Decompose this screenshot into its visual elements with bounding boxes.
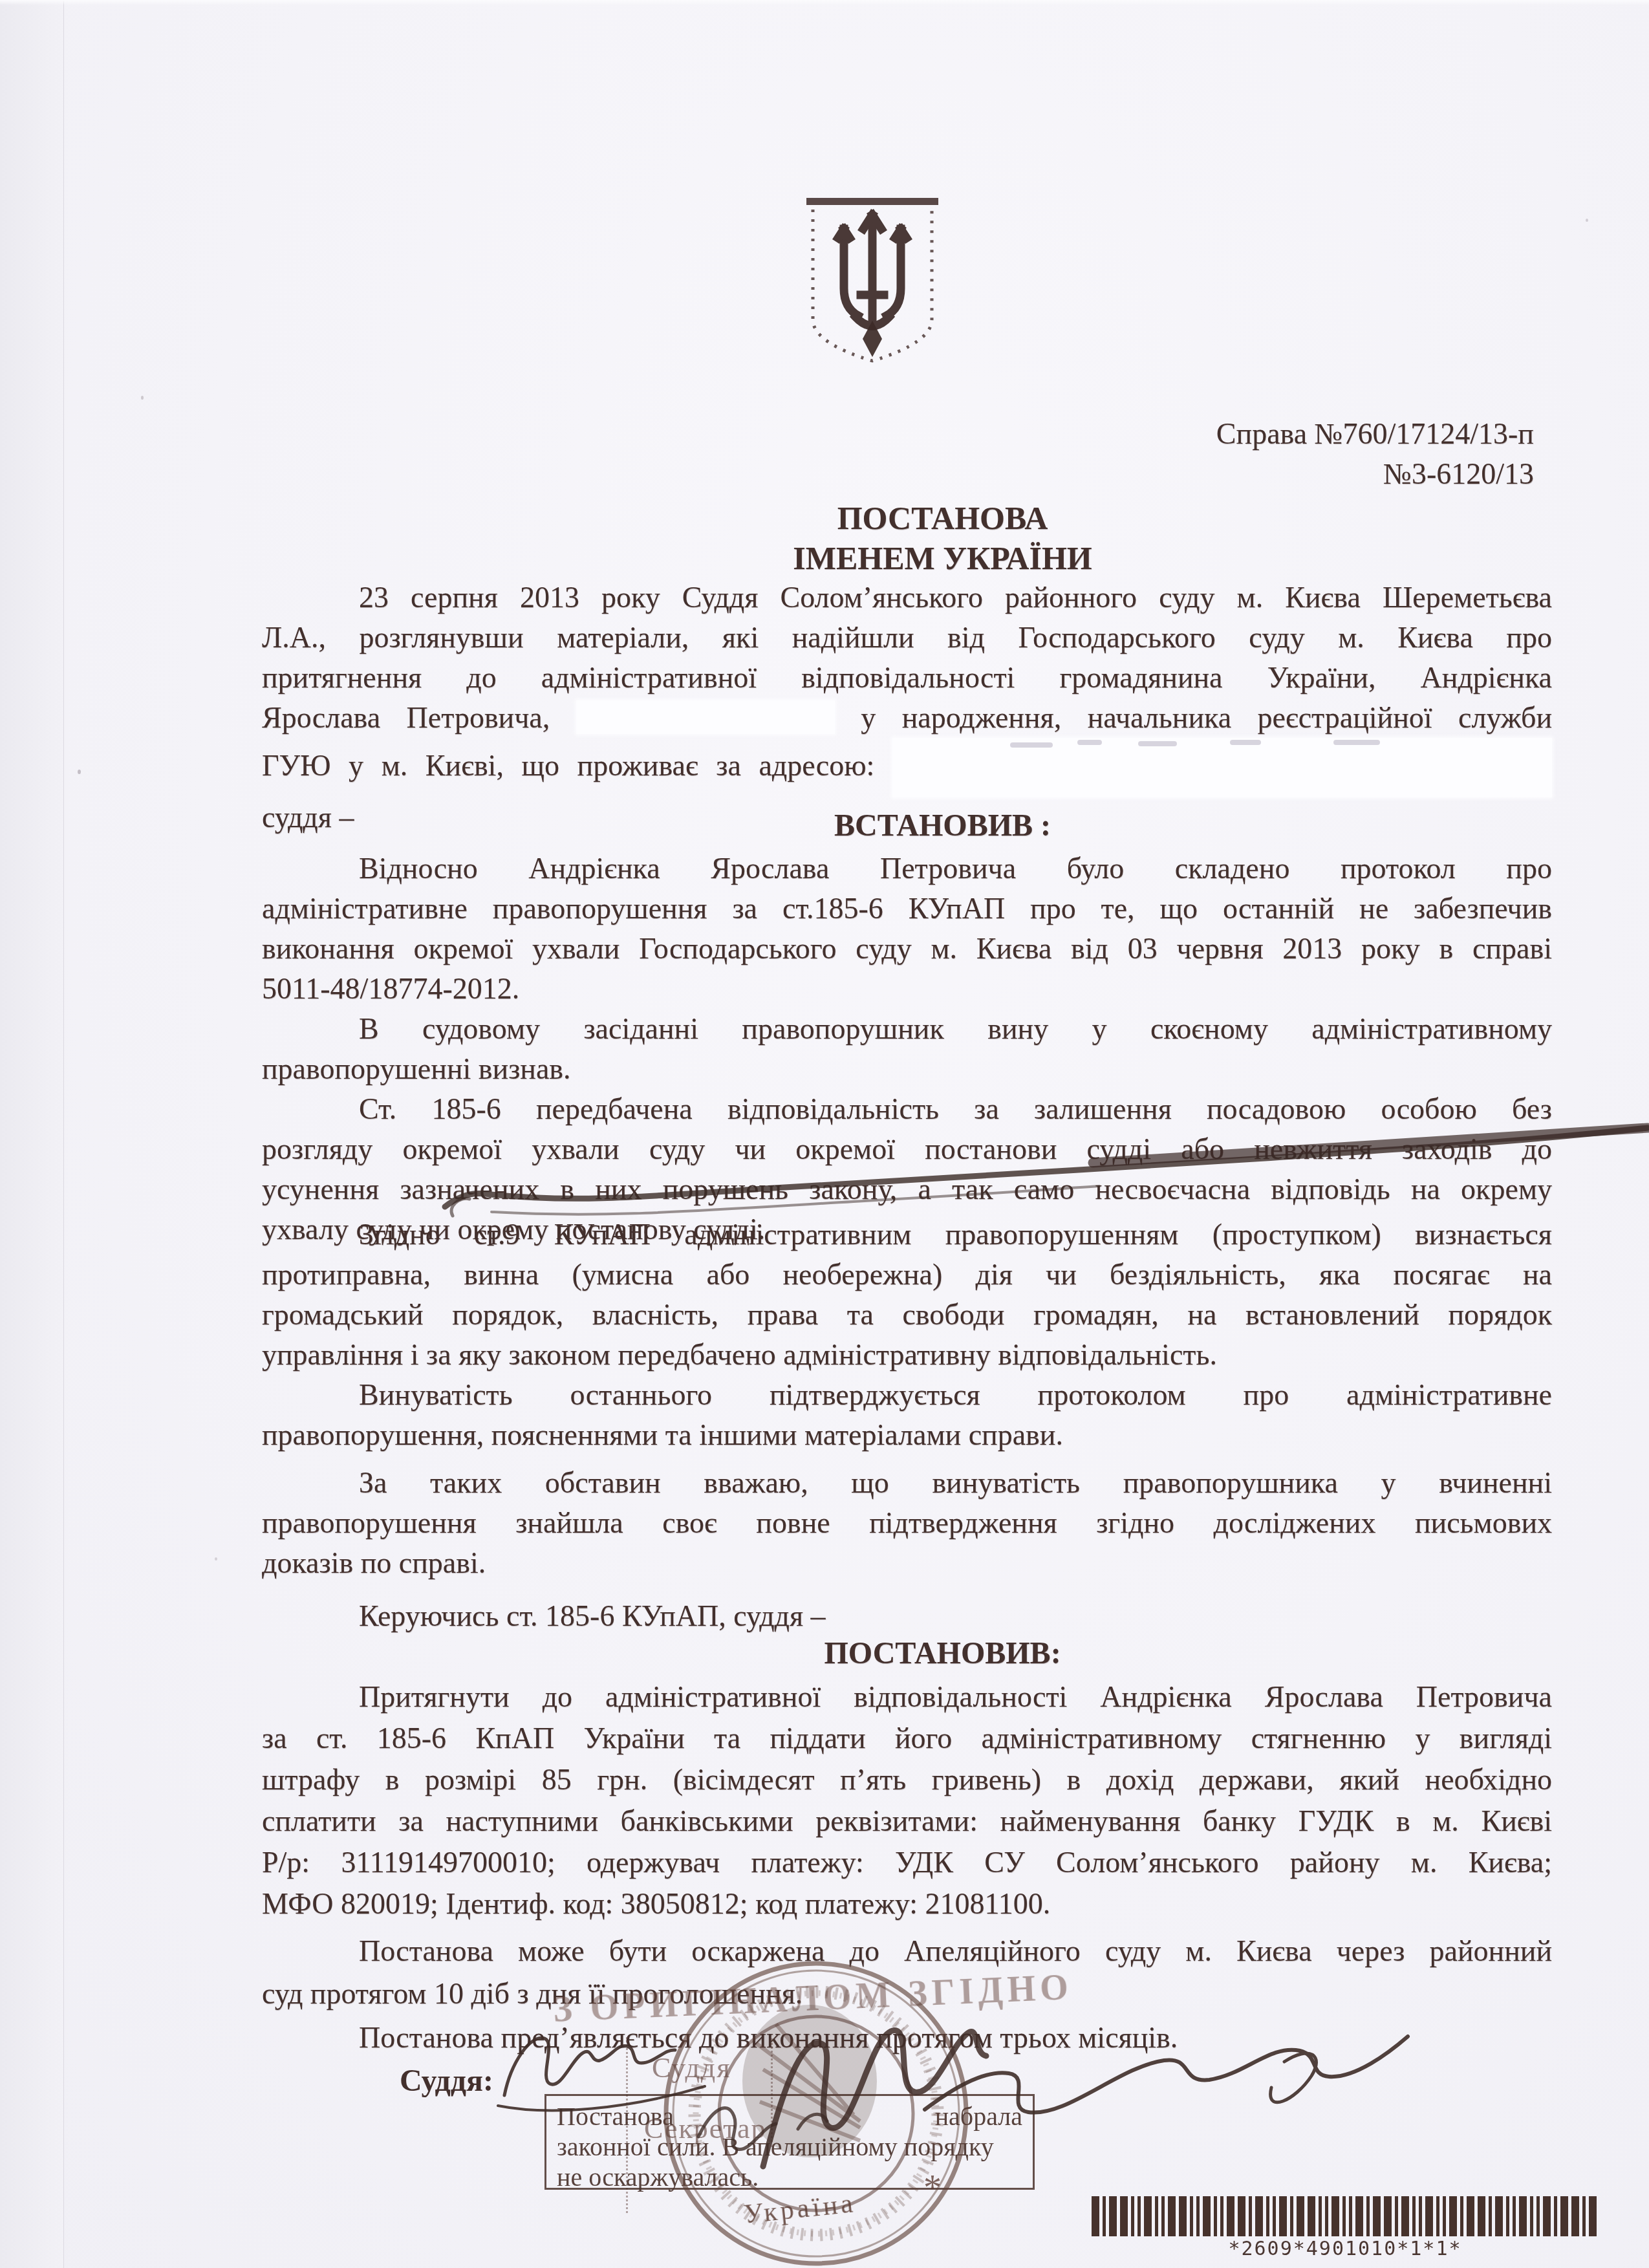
seal-country-label: Україна xyxy=(742,2188,857,2230)
text-line: ГУЮ у м. Києві, що проживає за адресою: xyxy=(262,738,1552,797)
text-segment: ГУЮ у м. Києві, що проживає за адресою: xyxy=(262,749,874,782)
legal-force-stamp-text: не оскаржувалась. xyxy=(557,2162,1022,2192)
text-segment: Ярослава Петровича, xyxy=(262,701,550,734)
scan-top-edge xyxy=(0,0,1649,5)
barcode-bars xyxy=(1092,2196,1599,2236)
heading-established: ВСТАНОВИВ : xyxy=(297,807,1588,845)
seal-star: * xyxy=(923,2168,942,2209)
text-line: Р/р: 31119149700010; одержувач платежу: … xyxy=(262,1842,1552,1883)
paragraph-enforcement: Постанова пред’являється до виконання пр… xyxy=(262,2018,1552,2058)
scan-speck xyxy=(215,1557,217,1561)
text-line: притягнення до адміністративної відповід… xyxy=(262,658,1552,698)
scan-speck xyxy=(141,396,144,400)
text-line: управління і за яку законом передбачено … xyxy=(262,1335,1552,1375)
text-line: МФО 820019; Ідентиф. код: 38050812; код … xyxy=(262,1883,1552,1925)
scan-left-edge xyxy=(0,0,64,2268)
paragraph-resolution: Притягнути до адміністративної відповіда… xyxy=(262,1676,1552,1925)
text-line: протиправна, винна (умисна або необережн… xyxy=(262,1255,1552,1295)
paragraph-intro: 23 серпня 2013 року Суддя Солом’янського… xyxy=(262,578,1552,837)
redaction-box xyxy=(892,738,1552,797)
paragraph-conclusion: За таких обставин вважаю, що винуватість… xyxy=(262,1463,1552,1583)
text-line: Згідно ст.9 КУпАП адміністративним право… xyxy=(262,1215,1552,1255)
scan-speck xyxy=(1586,219,1588,222)
stamp-judge-label: Суддя xyxy=(652,2051,731,2084)
text-line: правопорушення знайшла своє повне підтве… xyxy=(262,1503,1552,1543)
text-line: Л.А., розглянувши матеріали, які надійшл… xyxy=(262,618,1552,658)
text-line: штрафу в розмірі 85 грн. (вісімдесят п’я… xyxy=(262,1759,1552,1800)
barcode: *2609*4901010*1*1* xyxy=(1092,2196,1599,2260)
text-line: Керуючись ст. 185-6 КУпАП, суддя – xyxy=(262,1596,1552,1636)
text-segment: у народження, начальника реєстраційної с… xyxy=(861,701,1552,734)
text-line: Постанова пред’являється до виконання пр… xyxy=(262,2018,1552,2058)
text-line: Притягнути до адміністративної відповіда… xyxy=(262,1676,1552,1718)
legal-force-stamp-text: законної сили. В апеляційному порядку xyxy=(557,2132,1022,2162)
text-line: Ст. 185-6 передбачена відповідальність з… xyxy=(262,1089,1552,1129)
text-line: правопорушення, поясненнями та іншими ма… xyxy=(262,1415,1552,1455)
text-line: Постанова може бути оскаржена до Апеляці… xyxy=(262,1930,1552,1972)
judge-signature-label: Суддя: xyxy=(400,2063,493,2099)
text-line: Відносно Андрієнка Ярослава Петровича бу… xyxy=(262,848,1552,889)
paragraph-guilt-confirmed: Винуватість останнього підтверджується п… xyxy=(262,1375,1552,1455)
text-line: виконання окремої ухвали Господарського … xyxy=(262,929,1552,969)
text-line: доказів по справі. xyxy=(262,1543,1552,1583)
case-number-block: Справа №760/17124/13-п №3-6120/13 xyxy=(841,414,1534,494)
text-line: громадський порядок, власність, права та… xyxy=(262,1295,1552,1335)
text-line: за ст. 185-6 КпАП України та піддати йог… xyxy=(262,1718,1552,1759)
text-line: В судовому засіданні правопорушник вину … xyxy=(262,1009,1552,1049)
text-line: розгляду окремої ухвали суду чи окремої … xyxy=(262,1129,1552,1169)
barcode-label: *2609*4901010*1*1* xyxy=(1092,2238,1599,2260)
legal-force-stamp-text: Постанова xyxy=(557,2101,674,2132)
text-line: усунення зазначених в них порушень закон… xyxy=(262,1169,1552,1209)
paragraph-protocol: Відносно Андрієнка Ярослава Петровича бу… xyxy=(262,848,1552,1009)
text-line: адміністративне правопорушення за ст.185… xyxy=(262,889,1552,929)
text-line: Ярослава Петровича, у народження, началь… xyxy=(262,698,1552,738)
text-line: Винуватість останнього підтверджується п… xyxy=(262,1375,1552,1415)
scanned-court-decision-page: Справа №760/17124/13-п №3-6120/13 ПОСТАН… xyxy=(0,0,1649,2268)
text-line: 5011-48/18774-2012. xyxy=(262,969,1552,1009)
redaction-box xyxy=(576,700,835,734)
text-line: 23 серпня 2013 року Суддя Солом’янського… xyxy=(262,578,1552,618)
text-line: сплатити за наступними банківськими рекв… xyxy=(262,1800,1552,1842)
case-number-line-1: Справа №760/17124/13-п xyxy=(841,414,1534,454)
scan-speck xyxy=(78,770,81,774)
legal-force-stamp: Постанова набрала законної сили. В апеля… xyxy=(544,2094,1035,2190)
paragraph-article-9: Згідно ст.9 КУпАП адміністративним право… xyxy=(262,1215,1552,1375)
doc-title: ПОСТАНОВА xyxy=(297,499,1588,537)
paragraph-guilt-admitted: В судовому засіданні правопорушник вину … xyxy=(262,1009,1552,1089)
ukraine-trident-emblem xyxy=(804,193,941,379)
text-line: правопорушенні визнав. xyxy=(262,1049,1552,1089)
text-line: За таких обставин вважаю, що винуватість… xyxy=(262,1463,1552,1503)
paragraph-guided-by: Керуючись ст. 185-6 КУпАП, суддя – xyxy=(262,1596,1552,1636)
heading-resolved: ПОСТАНОВИВ: xyxy=(297,1635,1588,1672)
case-number-line-2: №3-6120/13 xyxy=(841,454,1534,494)
doc-subtitle: ІМЕНЕМ УКРАЇНИ xyxy=(297,539,1588,577)
legal-force-stamp-text: набрала xyxy=(935,2101,1022,2132)
